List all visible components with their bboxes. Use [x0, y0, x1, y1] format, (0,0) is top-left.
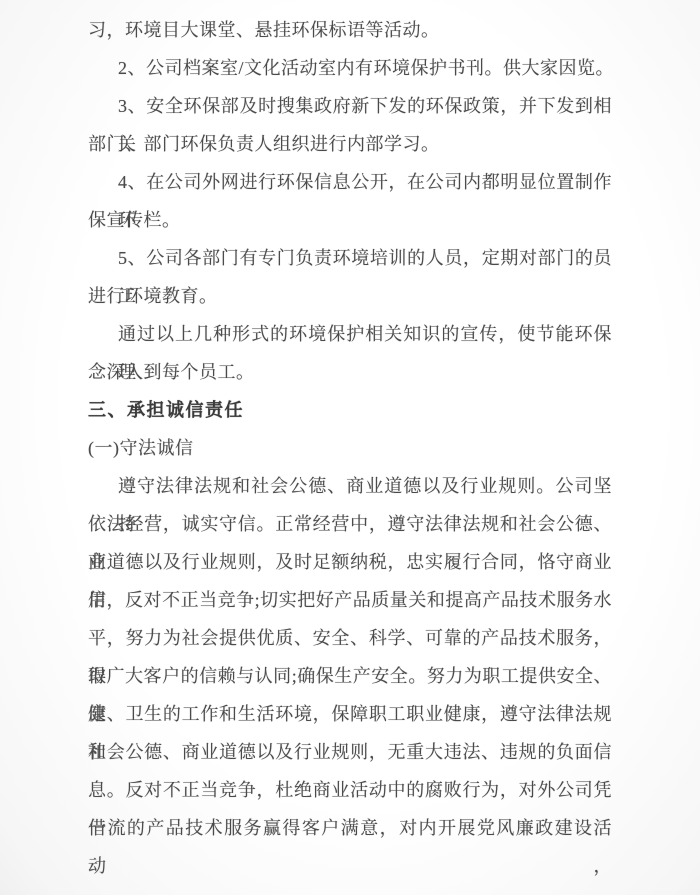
text-line: 保宣传栏。 — [88, 201, 612, 239]
document-page: 习，环境目大课堂、悬挂环保标语等活动。2、公司档案室/文化活动室内有环境保护书刊… — [0, 0, 700, 895]
text-line: 用，反对不正当竞争;切实把好产品质量关和提高产品技术服务水 — [88, 581, 612, 619]
text-line: 遵守法律法规和社会公德、商业道德以及行业规则。公司坚持 — [88, 467, 612, 505]
text-line: 依法经营，诚实守信。正常经营中，遵守法律法规和社会公德、商 — [88, 505, 612, 543]
text-line: 进行环境教育。 — [88, 277, 612, 315]
section-heading: 三、承担诚信责任 — [88, 391, 612, 429]
text-line: 2、公司档案室/文化活动室内有环境保护书刊。供大家因览。 — [88, 49, 612, 87]
document-text-block: 习，环境目大课堂、悬挂环保标语等活动。2、公司档案室/文化活动室内有环境保护书刊… — [88, 11, 612, 847]
text-line: 一流的产品技术服务赢得客户满意，对内开展党风廉政建设活动， — [88, 809, 612, 847]
text-line: 社会公德、商业道德以及行业规则，无重大违法、违规的负面信 — [88, 733, 612, 771]
text-line: 康、卫生的工作和生活环境，保障职工职业健康，遵守法律法规和 — [88, 695, 612, 733]
text-line: 习，环境目大课堂、悬挂环保标语等活动。 — [88, 11, 612, 49]
text-line: 通过以上几种形式的环境保护相关知识的宣传，使节能环保理 — [88, 315, 612, 353]
text-line: 4、在公司外网进行环保信息公开，在公司内都明显位置制作环 — [88, 163, 612, 201]
text-line: 得广大客户的信赖与认同;确保生产安全。努力为职工提供安全、健 — [88, 657, 612, 695]
text-line: 平，努力为社会提供优质、安全、科学、可靠的产品技术服务，取 — [88, 619, 612, 657]
text-line: 3、安全环保部及时搜集政府新下发的环保政策，并下发到相关 — [88, 87, 612, 125]
text-line: 5、公司各部门有专门负责环境培训的人员，定期对部门的员工 — [88, 239, 612, 277]
text-line: 部门、部门环保负责人组织进行内部学习。 — [88, 125, 612, 163]
text-line: 业道德以及行业规则，及时足额纳税，忠实履行合同，恪守商业信 — [88, 543, 612, 581]
text-line: (一)守法诚信 — [88, 429, 612, 467]
text-line: 息。反对不正当竞争，杜绝商业活动中的腐败行为，对外公司凭借 — [88, 771, 612, 809]
text-line: 念深入到每个员工。 — [88, 353, 612, 391]
